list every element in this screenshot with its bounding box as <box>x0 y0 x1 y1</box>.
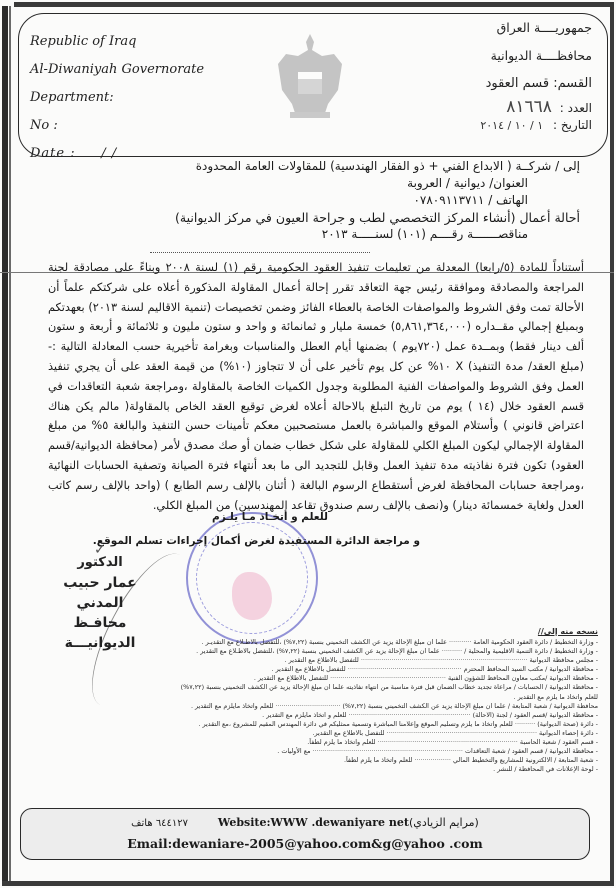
closing-line-2: و مراجعة الدائرة المستفيدة لغرض أكمال إج… <box>80 535 420 547</box>
signatory-name: عمار حبيب المدني <box>40 573 160 613</box>
closing-line-1: للعلم و أتخـاذ مـا يلـزم <box>120 511 420 523</box>
cc-item: - دائرة إحصاء الديوانية ················… <box>58 729 598 738</box>
recipient-address: العنوان/ ديوانية / العروبة <box>40 175 580 192</box>
cc-item: - مجلس محافظة الديوانية ················… <box>58 656 598 665</box>
footer-line-website: ٦٤٤١٢٧ هاتف Website:WWW .dewaniyare net(… <box>21 816 589 829</box>
dotted-separator <box>150 252 370 253</box>
cc-item: - دائرة (صحة الديوانية) ·········· للعلم… <box>58 720 598 729</box>
cc-item: - وزارة التخطيط / دائرة التنمية الاقليمي… <box>58 647 598 656</box>
footer-phone: ٦٤٤١٢٧ هاتف <box>131 818 188 829</box>
governorate-name-en: Al-Diwaniyah Governorate <box>30 56 204 84</box>
date-label-ar: التاريخ : <box>553 118 592 132</box>
signatory-title: الدكتور <box>40 553 160 573</box>
tender-number: مناقصـــــــة رقــــم (١٠١) لسنـــــة ٢٠… <box>40 226 580 243</box>
letterhead-arabic: جمهوريــــة العراق محافظــــة الديوانية … <box>480 14 592 134</box>
cc-item: - شعبة المتابعة / الالكترونية للمشاريع و… <box>58 756 598 765</box>
country-name-en: Republic of Iraq <box>30 28 204 56</box>
number-label-en: No : <box>30 112 204 140</box>
footer-email: Email:dewaniare-2005@yahoo.com&g@yahoo .… <box>21 836 589 851</box>
recipient-phone: الهاتف / ٠٧٨٠٩١١٣٧١١ <box>40 192 580 209</box>
cc-item: للعلم واتخاذ ما يلزم مع التقدير . <box>58 693 598 702</box>
date-value-ar: ١ / ١٠ / ٢٠١٤ <box>480 119 543 132</box>
letter-number: العدد : ٨١٦٦٨ <box>480 98 592 116</box>
cc-item: - محافظة الديوانية /مكتب معاون المحافظ ل… <box>58 674 598 683</box>
governorate-name-ar: محافظــــة الديوانية <box>480 42 592 70</box>
letter-date: التاريخ : ١ / ١٠ / ٢٠١٤ <box>480 116 592 134</box>
letterhead-english: Republic of Iraq Al-Diwaniyah Governorat… <box>30 28 204 168</box>
number-value-ar: ٨١٦٦٨ <box>506 97 552 117</box>
addressee-block: إلى / شركــة ( الابداع الفني + ذو الفقار… <box>40 158 580 243</box>
recipient: إلى / شركــة ( الابداع الفني + ذو الفقار… <box>40 158 580 175</box>
subject-line: أحالة أعمال (أنشاء المركز التخصصي لطب و … <box>40 209 580 226</box>
cc-item: - محافظة الديوانية / الحسابات / مراعاة ت… <box>58 683 598 692</box>
copy-to-title: نسخه منه إلى// <box>58 626 598 638</box>
cc-item: - محافظة الديوانية /قسم العقود / لجنة (ا… <box>58 711 598 720</box>
iraq-eagle-emblem-icon <box>268 30 352 122</box>
page-border-left-inner <box>9 6 11 881</box>
department-ar: القسم: قسم العقود <box>480 70 592 98</box>
page-border-left <box>2 6 8 886</box>
cc-item: - لوحة الإعلانات في المحافظة / للنشر . <box>58 765 598 774</box>
number-label-ar: العدد : <box>560 101 592 115</box>
cc-item: - وزارة التخطيط / دائرة العقود الحكومية … <box>58 638 598 647</box>
page-border-bottom <box>2 881 614 886</box>
footer-website: Website:WWW .dewaniyare net <box>218 816 409 829</box>
cc-item: - قسم العقود / شعبة الحاسبة ············… <box>58 738 598 747</box>
copy-to-list: نسخه منه إلى// - وزارة التخطيط / دائرة ا… <box>58 626 598 774</box>
footer-printer-name: (مرايم الزيادي) <box>409 816 479 829</box>
cc-item: محافظة الديوانية / شعبة المتابعة / علما … <box>58 702 598 711</box>
cc-item: - محافظة الديوانية / مكتب السيد المحافظ … <box>58 665 598 674</box>
letter-body: أستناداً للمادة (٥/رابعا) المعدلة من تعل… <box>48 258 584 515</box>
country-name-ar: جمهوريــــة العراق <box>480 14 592 42</box>
department-label-en: Department: <box>30 84 204 112</box>
body-paragraph: أستناداً للمادة (٥/رابعا) المعدلة من تعل… <box>48 258 584 515</box>
footer-contact-box: ٦٤٤١٢٧ هاتف Website:WWW .dewaniyare net(… <box>20 808 590 860</box>
page-border-right <box>610 6 614 886</box>
cc-item: - محافظة الديوانية / قسم العقود / شعبة ا… <box>58 747 598 756</box>
page-border-top <box>14 2 614 7</box>
